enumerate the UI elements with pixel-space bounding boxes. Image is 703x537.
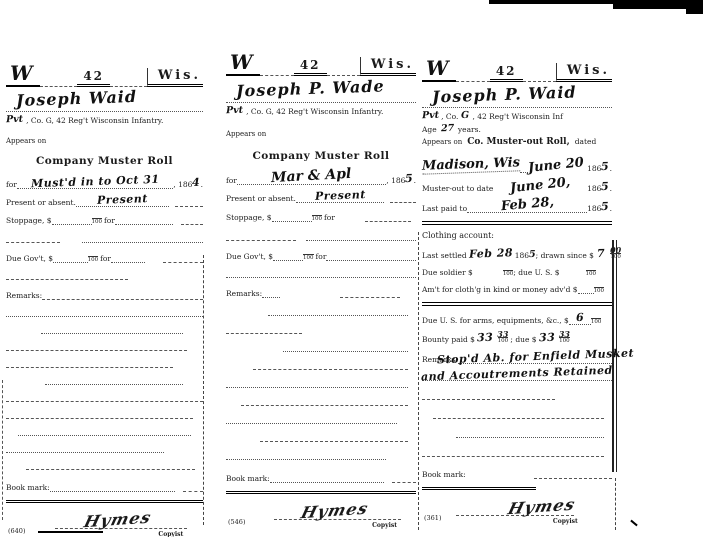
cents-denominator: 100 (312, 215, 323, 222)
card3-amt-clothing-line: Am't for cloth'g in kind or money adv'd … (422, 283, 612, 294)
blank-line (433, 409, 604, 419)
arms-entry-line: 6 (569, 314, 591, 325)
scan-artifact-bottom-tick (630, 520, 637, 527)
year-printed: 186 (587, 164, 601, 173)
blank-line (41, 324, 183, 334)
for-entry-line: Mar & Apl (237, 174, 386, 185)
card3-muster-out-line: Muster-out to date June 20, 186 5 . (422, 175, 612, 193)
filler-dash (390, 192, 416, 203)
blank-line (226, 231, 296, 241)
card3-unit-rest: , 42 Reg't Wisconsin Inf (472, 112, 562, 121)
card3-muster-out-date: June 20, (509, 175, 571, 196)
header-filler-line (110, 72, 147, 87)
card2-present-line: Present or absent. Present (226, 187, 416, 203)
blank-line (6, 270, 128, 280)
year-printed: 186 (587, 184, 601, 193)
book-mark-label: Book mark: (422, 470, 466, 479)
card2-signature-row: (546) Hymes Copyist (226, 494, 416, 532)
year-digit: 5 (601, 180, 610, 193)
card2-card-number: (546) (228, 518, 245, 526)
cents-denominator: 100 (610, 253, 621, 260)
due-us-label: ; due U. S. $ (513, 268, 559, 277)
scanned-muster-roll-page: { "cards": [ { "initial": "W", "regiment… (0, 0, 703, 537)
card1-unit-line: Pvt , Co. G, 42 Reg't Wisconsin Infantry… (6, 112, 203, 125)
blank-line (268, 306, 409, 316)
card1-roll-title: Company Muster Roll (6, 155, 203, 167)
blank-line (6, 409, 193, 419)
muster-out-label: Muster-out to date (422, 184, 493, 193)
card3-header: W 42 Wis. (422, 56, 612, 82)
blank-line (260, 432, 408, 442)
amt-entry-line (578, 283, 594, 294)
year-period: . (201, 180, 203, 189)
year-digit: 5 (601, 160, 610, 173)
blank-line (226, 378, 408, 388)
blank-line (283, 342, 408, 352)
card3-book-mark-line: Book mark: (422, 467, 612, 479)
cents-denominator: 100 (303, 254, 314, 261)
muster-out-entry-line: June 20, (493, 183, 587, 193)
year-printed: 186 (515, 251, 529, 260)
header-filler-line (456, 67, 489, 82)
card1-remarks-line: Remarks: (6, 288, 203, 300)
card2-present-value: Present (314, 188, 365, 203)
drawn-since-label: ; drawn since $ (536, 251, 594, 260)
card1-year-digit: 4 (192, 176, 201, 189)
card2-roll-period: Mar & Apl (271, 166, 352, 186)
stoppage-amount-line (272, 211, 312, 222)
card1-roll-period: Must'd in to Oct 31 (31, 173, 160, 190)
header-filler-line (40, 72, 77, 87)
filler-dash (163, 252, 203, 263)
remarks-label: Remarks: (6, 291, 42, 300)
card3-roll-title: Co. Muster-out Roll, (467, 137, 570, 147)
card3-drawn-since-value: 7 (597, 247, 606, 260)
blank-line (26, 460, 195, 470)
card3-bounty-line: Bounty paid $ 33 33 100 ; due $ 33 33 10… (422, 329, 612, 344)
due-govt-label: Due Gov't, $ (226, 252, 273, 261)
card3-last-settled-date: Feb 28 (468, 246, 512, 261)
card2-due-govt-line: Due Gov't, $ 100 for (226, 249, 416, 261)
card-edge-line (615, 478, 616, 530)
last-paid-entry-line: Feb 28, (467, 202, 587, 213)
year-period: . (610, 184, 612, 193)
filler-dash (175, 196, 203, 207)
card3-rank: Pvt (422, 110, 439, 122)
remarks-entry-line (262, 287, 280, 298)
year-printed: 186 (587, 204, 601, 213)
due-reason-line (111, 252, 145, 263)
card3-age-value: 27 (440, 123, 454, 134)
dated-label: dated (575, 137, 597, 146)
drawn-since-fraction: 00 100 (610, 247, 621, 260)
muster-roll-card-1: W 42 Wis. Joseph Waid Pvt , Co. G, 42 Re… (6, 55, 203, 537)
remarks-entry-line: Stop'd Ab. for Enfield Musket (458, 353, 612, 364)
muster-roll-card-2: W 42 Wis. Joseph P. Wade Pvt , Co. G, 42… (226, 44, 416, 532)
card3-place-date-line: Madison, Wis June 20 186 5 . (422, 149, 612, 173)
card2-year-digit: 5 (405, 172, 414, 185)
stoppage-reason-line (115, 214, 173, 225)
present-label: Present or absent. (6, 198, 76, 207)
card1-present-value: Present (97, 192, 148, 207)
card3-due-soldier-line: Due soldier $ 100 ; due U. S. $ 100 (422, 266, 612, 277)
blank-line (6, 392, 203, 402)
appears-on-label: Appears on (422, 138, 462, 146)
cents-denominator: 100 (503, 270, 514, 277)
due-soldier-label: Due soldier $ (422, 268, 473, 277)
card2-unit-text: , Co. G, 42 Reg't Wisconsin Infantry. (246, 107, 383, 116)
card3-clothing-label: Clothing account: (422, 231, 612, 240)
card1-card-number: (640) (8, 527, 25, 535)
header-filler-line (327, 61, 360, 76)
stoppage-amount-line (52, 214, 92, 225)
card3-due-us-arms-line: Due U. S. for arms, equipments, &c., $ 6… (422, 312, 612, 325)
filler-dash (365, 211, 411, 222)
remarks-label: Remarks: (226, 289, 262, 298)
card1-regiment-number: 42 (77, 69, 110, 87)
card3-bounty-due-value: 33 (538, 331, 555, 345)
card3-last-paid-date: Feb 28, (500, 195, 554, 215)
bounty-paid-label: Bounty paid $ (422, 335, 475, 344)
card3-unit-line: Pvt , Co. G , 42 Reg't Wisconsin Inf (422, 108, 612, 121)
filler-dash (181, 214, 203, 225)
cents-denominator: 100 (559, 337, 570, 344)
due-for-word: for (316, 252, 327, 261)
cents-denominator: 100 (92, 218, 103, 225)
header-filler-line (523, 67, 556, 82)
year-digit: 5 (529, 249, 536, 260)
card2-appears-on-label: Appears on (226, 130, 416, 138)
blank-line (422, 447, 604, 457)
card1-for-line: for Must'd in to Oct 31 , 186 4 . (6, 171, 203, 189)
cents-denominator: 100 (586, 270, 597, 277)
year-period: . (610, 204, 612, 213)
filler-dash (340, 287, 400, 298)
card-divider-line (203, 255, 204, 525)
book-mark-entry-line (50, 481, 175, 492)
age-label: Age (422, 125, 437, 134)
card1-unit-text: , Co. G, 42 Reg't Wisconsin Infantry. (26, 116, 163, 125)
bounty-paid-fraction: 33 100 (497, 331, 508, 344)
card2-roll-title: Company Muster Roll (226, 150, 416, 162)
card1-state-label: Wis. (147, 68, 203, 87)
year-printed: , 186 (386, 176, 405, 185)
for-label: for (6, 180, 17, 189)
section-rule (422, 302, 612, 306)
year-period: . (610, 164, 612, 173)
copyist-label: Copyist (158, 531, 183, 537)
card1-book-mark-line: Book mark: (6, 480, 203, 492)
year-printed: , 186 (173, 180, 192, 189)
due-govt-label: Due Gov't, $ (6, 254, 53, 263)
cents-denominator: 100 (591, 318, 602, 325)
card2-rank: Pvt (226, 105, 243, 117)
present-entry-line: Present (76, 196, 169, 207)
card2-name-line: Joseph P. Wade (226, 79, 416, 103)
due-amount-line (273, 250, 303, 261)
card2-for-line: for Mar & Apl , 186 5 . (226, 167, 416, 185)
stoppage-label: Stoppage, $ (6, 216, 52, 225)
copyist-label: Copyist (553, 518, 578, 525)
card3-last-settled-line: Last settled Feb 28 186 5 ; drawn since … (422, 244, 612, 260)
card1-header: W 42 Wis. (6, 61, 203, 87)
remarks-entry-line (42, 289, 203, 300)
card3-last-paid-line: Last paid to Feb 28, 186 5 . (422, 195, 612, 213)
book-mark-label: Book mark: (226, 474, 270, 483)
blank-line-row (226, 231, 416, 241)
card3-co-label: , Co. (441, 112, 458, 121)
card3-regiment-number: 42 (490, 64, 523, 82)
last-paid-label: Last paid to (422, 204, 467, 213)
card3-place-value: Madison, Wis (422, 155, 520, 174)
card3-soldier-name: Joseph P. Waid (432, 82, 577, 106)
blank-line (82, 233, 203, 243)
for-entry-line: Must'd in to Oct 31 (17, 178, 173, 189)
cents-denominator: 100 (498, 337, 509, 344)
card3-company-letter: G (461, 110, 470, 121)
section-rule (422, 221, 612, 225)
due-for-word: for (100, 254, 111, 263)
blank-line-row (6, 233, 203, 243)
card2-book-mark-line: Book mark: (226, 471, 416, 483)
filler-dash (183, 481, 203, 492)
card1-appears-on-label: Appears on (6, 137, 203, 145)
book-mark-label: Book mark: (6, 483, 50, 492)
filler-dash (392, 472, 416, 483)
blank-line (18, 426, 191, 436)
blank-line (6, 307, 203, 317)
card3-age-line: Age 27 years. (422, 123, 612, 134)
blank-line (226, 450, 386, 460)
card1-due-govt-line: Due Gov't, $ 100 for (6, 251, 203, 263)
present-label: Present or absent. (226, 194, 296, 203)
card-divider-line (418, 232, 419, 530)
card2-remarks-line: Remarks: (226, 286, 416, 298)
bounty-due-label: ; due $ (510, 335, 536, 344)
for-label: for (226, 176, 237, 185)
blank-line (226, 414, 397, 424)
card3-name-line: Joseph P. Waid (422, 85, 612, 108)
due-amount-line (53, 252, 88, 263)
blank-line (241, 396, 408, 406)
card3-appears-on-line: Appears on Co. Muster-out Roll, dated (422, 137, 612, 149)
years-label: years. (458, 125, 481, 134)
card2-header: W 42 Wis. (226, 50, 416, 76)
arms-label: Due U. S. for arms, equipments, &c., $ (422, 316, 569, 325)
blank-line (456, 428, 604, 438)
card1-signature-row: (640) Hymes Copyist (6, 503, 203, 537)
card-edge-line (2, 380, 3, 520)
card1-present-line: Present or absent. Present (6, 191, 203, 207)
cents-denominator: 100 (594, 287, 605, 294)
filler-dash (534, 468, 612, 479)
card3-remarks-line: Remarks: Stop'd Ab. for Enfield Musket (422, 348, 612, 364)
card3-card-number: (361) (424, 514, 441, 522)
copyist-label: Copyist (372, 522, 397, 529)
last-settled-label: Last settled (422, 251, 467, 260)
card1-soldier-name: Joseph Waid (16, 87, 138, 110)
card3-remarks-line-2: and Accoutrements Retained (422, 364, 612, 381)
blank-line (6, 443, 164, 453)
card3-arms-value: 6 (576, 311, 585, 324)
present-entry-line: Present (296, 192, 384, 203)
blank-line (253, 360, 409, 370)
card2-stoppage-line: Stoppage, $ 100 for (226, 210, 416, 222)
card3-bounty-paid-value: 33 (477, 331, 494, 345)
blank-line (6, 233, 60, 243)
stoppage-for-word: for (324, 213, 335, 222)
card3-remarks-text-2: and Accoutrements Retained (421, 364, 613, 384)
blank-line (306, 231, 416, 241)
year-period: . (414, 176, 416, 185)
stoppage-label: Stoppage, $ (226, 213, 272, 222)
header-filler-line (260, 61, 293, 76)
year-digit: 5 (601, 200, 610, 213)
blank-line (45, 375, 183, 385)
card2-unit-line: Pvt , Co. G, 42 Reg't Wisconsin Infantry… (226, 103, 416, 116)
card2-state-label: Wis. (360, 57, 416, 76)
blank-line (6, 358, 173, 368)
blank-line (422, 390, 555, 400)
card3-state-label: Wis. (556, 63, 612, 82)
blank-line (226, 324, 302, 334)
card1-stoppage-line: Stoppage, $ 100 for (6, 213, 203, 225)
card3-dated-value: June 20 (528, 155, 585, 176)
card1-rank: Pvt (6, 114, 23, 126)
card2-surname-initial: W (226, 50, 260, 76)
card1-name-line: Joseph Waid (6, 89, 203, 112)
card3-surname-initial: W (422, 56, 456, 82)
bounty-due-fraction: 33 100 (559, 331, 570, 344)
card1-surname-initial: W (6, 61, 40, 87)
amt-clothing-label: Am't for cloth'g in kind or money adv'd … (422, 285, 578, 294)
scan-artifact-top-corner (686, 0, 703, 14)
blank-line (226, 268, 416, 278)
card2-regiment-number: 42 (294, 58, 327, 76)
card2-soldier-name: Joseph P. Wade (236, 76, 385, 100)
stoppage-for-word: for (104, 216, 115, 225)
muster-out-card-3: W 42 Wis. Joseph P. Waid Pvt , Co. G , 4… (422, 52, 612, 528)
card3-signature-row: (361) Hymes Copyist (422, 490, 612, 528)
cents-denominator: 100 (88, 256, 99, 263)
book-mark-entry-line (270, 472, 384, 483)
due-reason-line (326, 250, 416, 261)
blank-line (6, 341, 187, 351)
